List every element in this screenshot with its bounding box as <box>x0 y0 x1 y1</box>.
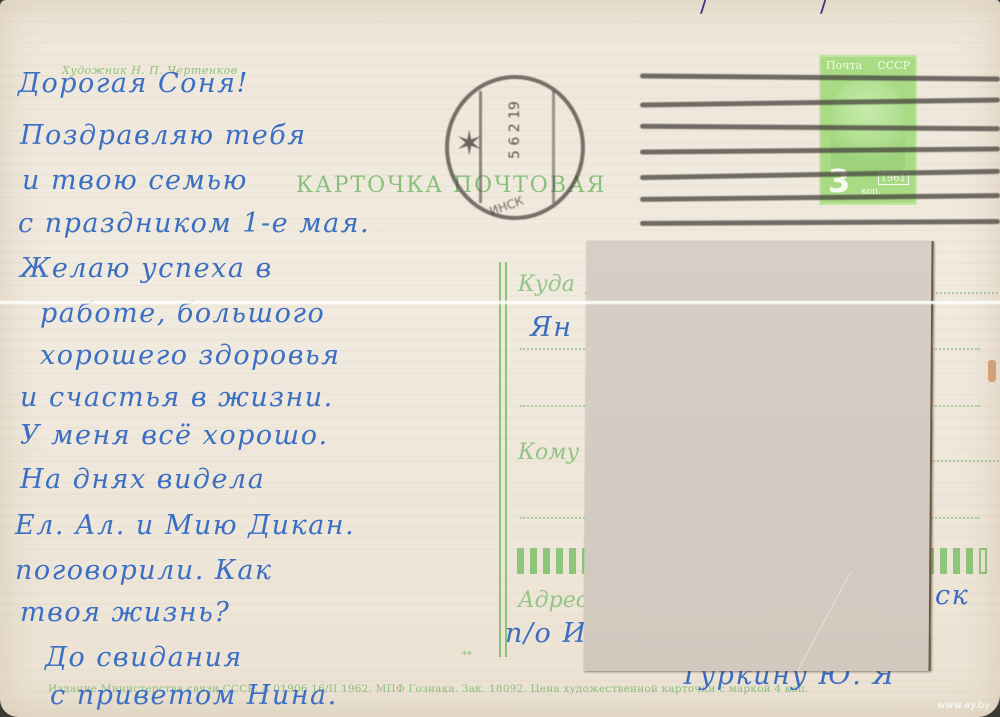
message-line: Дорогая Соня! <box>18 68 249 99</box>
label-to-whom: Кому <box>518 440 579 465</box>
message-line: хорошего здоровья <box>40 340 340 371</box>
fold-crease <box>0 300 1000 305</box>
message-line: На днях видела <box>20 464 265 495</box>
message-line: и счастья в жизни. <box>20 382 334 413</box>
top-ink-mark: / <box>700 0 707 17</box>
message-line: и твою семью <box>22 165 248 196</box>
top-ink-mark: / <box>820 0 827 17</box>
message-line: Ел. Ал. и Мию Дикан. <box>15 510 355 541</box>
postmark-date: 5 6 2 19 <box>507 101 523 159</box>
message-line: поговорили. Как <box>15 555 273 586</box>
label-where: Куда <box>518 272 575 297</box>
address-sender-text: ск <box>935 580 969 611</box>
address-divider <box>499 262 507 657</box>
watermark: www.ay.by <box>937 700 990 711</box>
cancellation-lines <box>640 70 1000 230</box>
address-where-text: Ян <box>530 312 573 343</box>
print-stars: ** <box>462 650 472 661</box>
message-line: У меня всё хорошо. <box>20 420 329 451</box>
star-emblem-icon: ✶ <box>455 124 484 164</box>
postcard: / / Художник Н. П. Чертенков КАРТОЧКА ПО… <box>0 0 1000 717</box>
paper-patch <box>583 241 933 671</box>
address-sender-line2: п/о И <box>505 618 587 649</box>
message-line: твоя жизнь? <box>20 597 230 628</box>
postmark: ✶ 5 6 2 19 ИНСК <box>445 75 585 220</box>
label-sender-address: Адрес <box>518 588 588 613</box>
message-line: Желаю успеха в <box>20 253 273 284</box>
patch-crease <box>797 571 932 671</box>
message-line: До свидания <box>45 642 243 673</box>
message-line: с приветом Нина. <box>50 680 338 711</box>
message-line: Поздравляю тебя <box>20 120 307 151</box>
message-line: с праздником 1-е мая. <box>18 208 370 239</box>
stain-mark <box>988 360 996 382</box>
